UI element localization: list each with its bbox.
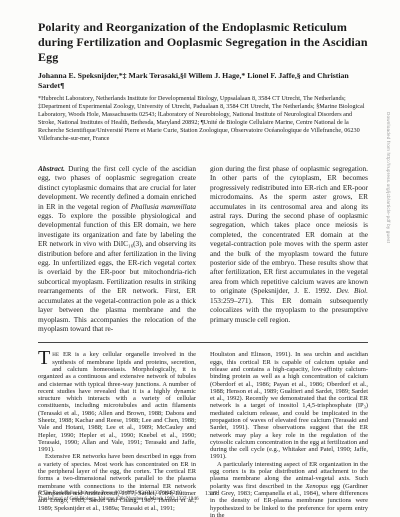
species-name: Phallusia mammillata (131, 202, 196, 211)
abstract-label: Abstract. (38, 164, 65, 173)
body-column-right: Houliston and Elinson, 1991). In sea urc… (210, 351, 368, 517)
journal-page: Polarity and Reorganization of the Endop… (0, 0, 400, 517)
dropcap-letter: T (38, 351, 52, 367)
footer-imprint: © The Rockefeller University Press, 0021… (38, 490, 199, 503)
page-title: Polarity and Reorganization of the Endop… (38, 20, 368, 65)
intro-paragraph-4: A particularly interesting aspect of ER … (210, 461, 368, 517)
intro-paragraph-2: Extensive ER networks have been describe… (38, 453, 196, 511)
abstract-text: gion during the first phase of ooplasmic… (210, 164, 368, 295)
abstract-section: Abstract. During the first cell cycle of… (38, 164, 368, 333)
abstract-text: 153:259–271). This ER domain subsequentl… (210, 296, 368, 324)
abstract-text: eggs. To explore the possible physiologi… (38, 211, 196, 333)
body-text: ER is a key cellular organelle involved … (38, 351, 196, 453)
abstract-column-left: Abstract. During the first cell cycle of… (38, 164, 196, 333)
section-divider (38, 342, 368, 343)
abstract-column-right: gion during the first phase of ooplasmic… (210, 164, 368, 333)
species-name: Xenopus (306, 483, 328, 490)
intro-paragraph-3: Houliston and Elinson, 1991). In sea urc… (210, 351, 368, 460)
page-number: 1337 (205, 491, 217, 497)
authors-line: Johanna E. Speksnijder,*‡ Mark Terasaki,… (38, 71, 368, 91)
affiliations: *Hubrecht Laboratory, Netherlands Instit… (38, 95, 368, 143)
intro-paragraph-1: The ER is a key cellular organelle invol… (38, 351, 196, 453)
footer-journal: The Journal of Cell Biology, Volume 120,… (38, 496, 199, 503)
journal-abbrev: Dev. Biol. (336, 286, 368, 295)
download-watermark: Downloaded from http://rupress.org/jcb/a… (386, 112, 391, 243)
